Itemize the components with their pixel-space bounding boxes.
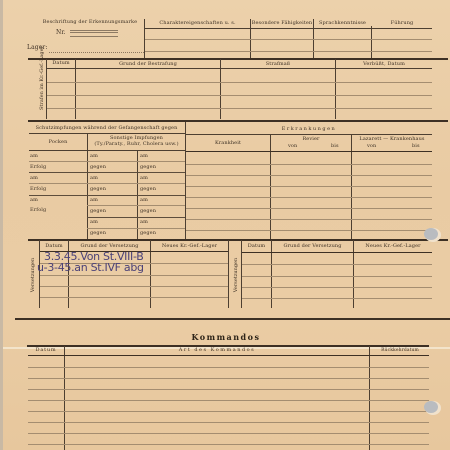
rule bbox=[28, 367, 429, 368]
rule bbox=[145, 28, 432, 29]
rule bbox=[40, 297, 228, 298]
lazarett-von: von bbox=[367, 143, 376, 149]
rule bbox=[186, 197, 432, 198]
rule bbox=[28, 378, 429, 379]
divider bbox=[351, 134, 352, 240]
komm-col-datum: Datum bbox=[28, 347, 64, 353]
vers2-col-neues-lager: Neues Kr.-Gef.-Lager bbox=[354, 243, 432, 249]
col-verbuesst: Verbüßt, Datum bbox=[336, 61, 432, 67]
rule bbox=[87, 228, 185, 229]
divider bbox=[369, 346, 370, 450]
impf-s2: am bbox=[140, 219, 148, 225]
rule bbox=[186, 186, 432, 187]
vers2-col-grund: Grund der Versetzung bbox=[272, 243, 353, 249]
divider bbox=[270, 134, 271, 240]
revier-bis: bis bbox=[331, 143, 339, 149]
col-revier: Revier bbox=[271, 136, 351, 142]
rule bbox=[28, 433, 429, 434]
rule bbox=[29, 195, 185, 196]
rule bbox=[40, 286, 228, 287]
col-lazarett: Lazarett — Krankenhaus bbox=[352, 136, 432, 142]
rule bbox=[47, 68, 432, 69]
rule bbox=[242, 252, 432, 253]
impf-s2: gegen bbox=[140, 164, 156, 170]
impf-s1: gegen bbox=[90, 164, 106, 170]
rule bbox=[29, 133, 185, 134]
rule bbox=[29, 161, 185, 162]
impf-s1: gegen bbox=[90, 186, 106, 192]
impf-s2: gegen bbox=[140, 208, 156, 214]
revier-von: von bbox=[288, 143, 297, 149]
versetzungen-side-label-2: Versetzungen bbox=[233, 255, 239, 295]
rule bbox=[242, 276, 432, 277]
rule bbox=[29, 183, 185, 184]
impf-s1: am bbox=[90, 197, 98, 203]
nr-label: Nr. bbox=[56, 30, 66, 36]
rule bbox=[28, 400, 429, 401]
rule bbox=[186, 208, 432, 209]
rule bbox=[47, 82, 432, 83]
impf-pocken-am: am bbox=[30, 153, 38, 159]
impf-pocken-am: am bbox=[30, 175, 38, 181]
col-charakter: Charaktereigenschaften u. s. bbox=[145, 20, 250, 26]
rule bbox=[28, 120, 448, 122]
erkrankungen-title: Erkrankungen bbox=[186, 126, 432, 132]
impf-s1: am bbox=[90, 219, 98, 225]
kommandos-title: Kommandos bbox=[26, 332, 426, 342]
komm-col-rueckkehr: Rückkehrdatum bbox=[370, 348, 430, 354]
impf-pocken-erfolg: Erfolg bbox=[30, 207, 46, 213]
rule bbox=[87, 217, 185, 218]
vers-col-grund: Grund der Versetzung bbox=[69, 243, 150, 249]
impf-s1: am bbox=[90, 175, 98, 181]
divider bbox=[228, 240, 229, 308]
col-fuehrung: Führung bbox=[372, 20, 432, 26]
rule bbox=[186, 230, 432, 231]
impf-pocken-erfolg: Erfolg bbox=[30, 186, 46, 192]
col-sonstige-sub: (Ty./Paraty., Ruhr, Cholera usw.) bbox=[88, 141, 185, 147]
impf-s1: gegen bbox=[90, 230, 106, 236]
rule bbox=[28, 411, 429, 412]
versetzungen-side-label: Versetzungen bbox=[30, 255, 36, 295]
impfungen-title: Schutzimpfungen während der Gefangenscha… bbox=[29, 125, 184, 131]
nr-field[interactable] bbox=[70, 30, 118, 37]
record-card: Beschriftung der Erkennungsmarke Nr. Lag… bbox=[3, 0, 450, 450]
col-strafmass: Strafmaß bbox=[221, 61, 335, 67]
divider bbox=[371, 26, 372, 59]
rule bbox=[186, 164, 432, 165]
rule bbox=[186, 175, 432, 176]
col-grund-bestrafung: Grund der Bestrafung bbox=[76, 61, 220, 67]
rule bbox=[28, 355, 429, 356]
rule bbox=[29, 150, 185, 151]
rule bbox=[186, 134, 432, 135]
komm-col-art: Art des Kommandos bbox=[65, 347, 369, 353]
rule bbox=[242, 264, 432, 265]
col-faehigkeiten: Besondere Fähigkeiten bbox=[251, 20, 313, 26]
rule bbox=[242, 287, 432, 288]
impf-s1: gegen bbox=[90, 208, 106, 214]
rule bbox=[242, 298, 432, 299]
rule bbox=[47, 95, 432, 96]
lager-field[interactable] bbox=[49, 52, 144, 53]
col-sprachen: Sprachkenntnisse bbox=[314, 20, 371, 26]
impf-pocken-am: am bbox=[30, 197, 38, 203]
strafen-side-label: Strafen im Kr.-Gef.-Lager bbox=[39, 60, 45, 110]
impf-s2: am bbox=[140, 197, 148, 203]
rule bbox=[186, 151, 432, 152]
vers-col-datum: Datum bbox=[40, 243, 68, 249]
rule bbox=[87, 205, 185, 206]
punch-hole bbox=[424, 228, 438, 240]
lazarett-bis: bis bbox=[412, 143, 420, 149]
col-krankheit: Krankheit bbox=[186, 140, 270, 146]
rule bbox=[28, 389, 429, 390]
transfer-stamp-line-2: u-3-45.an St.IVF abg bbox=[37, 261, 144, 274]
rule bbox=[28, 444, 429, 445]
rule bbox=[145, 39, 432, 40]
rule bbox=[15, 318, 450, 320]
rule bbox=[145, 51, 432, 52]
impf-s2: gegen bbox=[140, 230, 156, 236]
impf-s1: am bbox=[90, 153, 98, 159]
rule bbox=[28, 239, 448, 241]
rule bbox=[186, 219, 432, 220]
vers2-col-datum: Datum bbox=[242, 243, 271, 249]
rule bbox=[40, 275, 228, 276]
punch-hole bbox=[424, 401, 438, 413]
vers-col-neues-lager: Neues Kr.-Gef.-Lager bbox=[151, 243, 228, 249]
divider bbox=[64, 346, 65, 450]
col-pocken: Pocken bbox=[29, 139, 87, 145]
rule bbox=[28, 422, 429, 423]
impf-s2: am bbox=[140, 153, 148, 159]
impf-s2: am bbox=[140, 175, 148, 181]
rule bbox=[29, 172, 185, 173]
ident-label: Beschriftung der Erkennungsmarke bbox=[35, 19, 145, 25]
impf-s2: gegen bbox=[140, 186, 156, 192]
rule bbox=[47, 108, 432, 109]
col-datum: Datum bbox=[47, 60, 75, 66]
rule bbox=[28, 58, 448, 60]
impf-pocken-erfolg: Erfolg bbox=[30, 164, 46, 170]
